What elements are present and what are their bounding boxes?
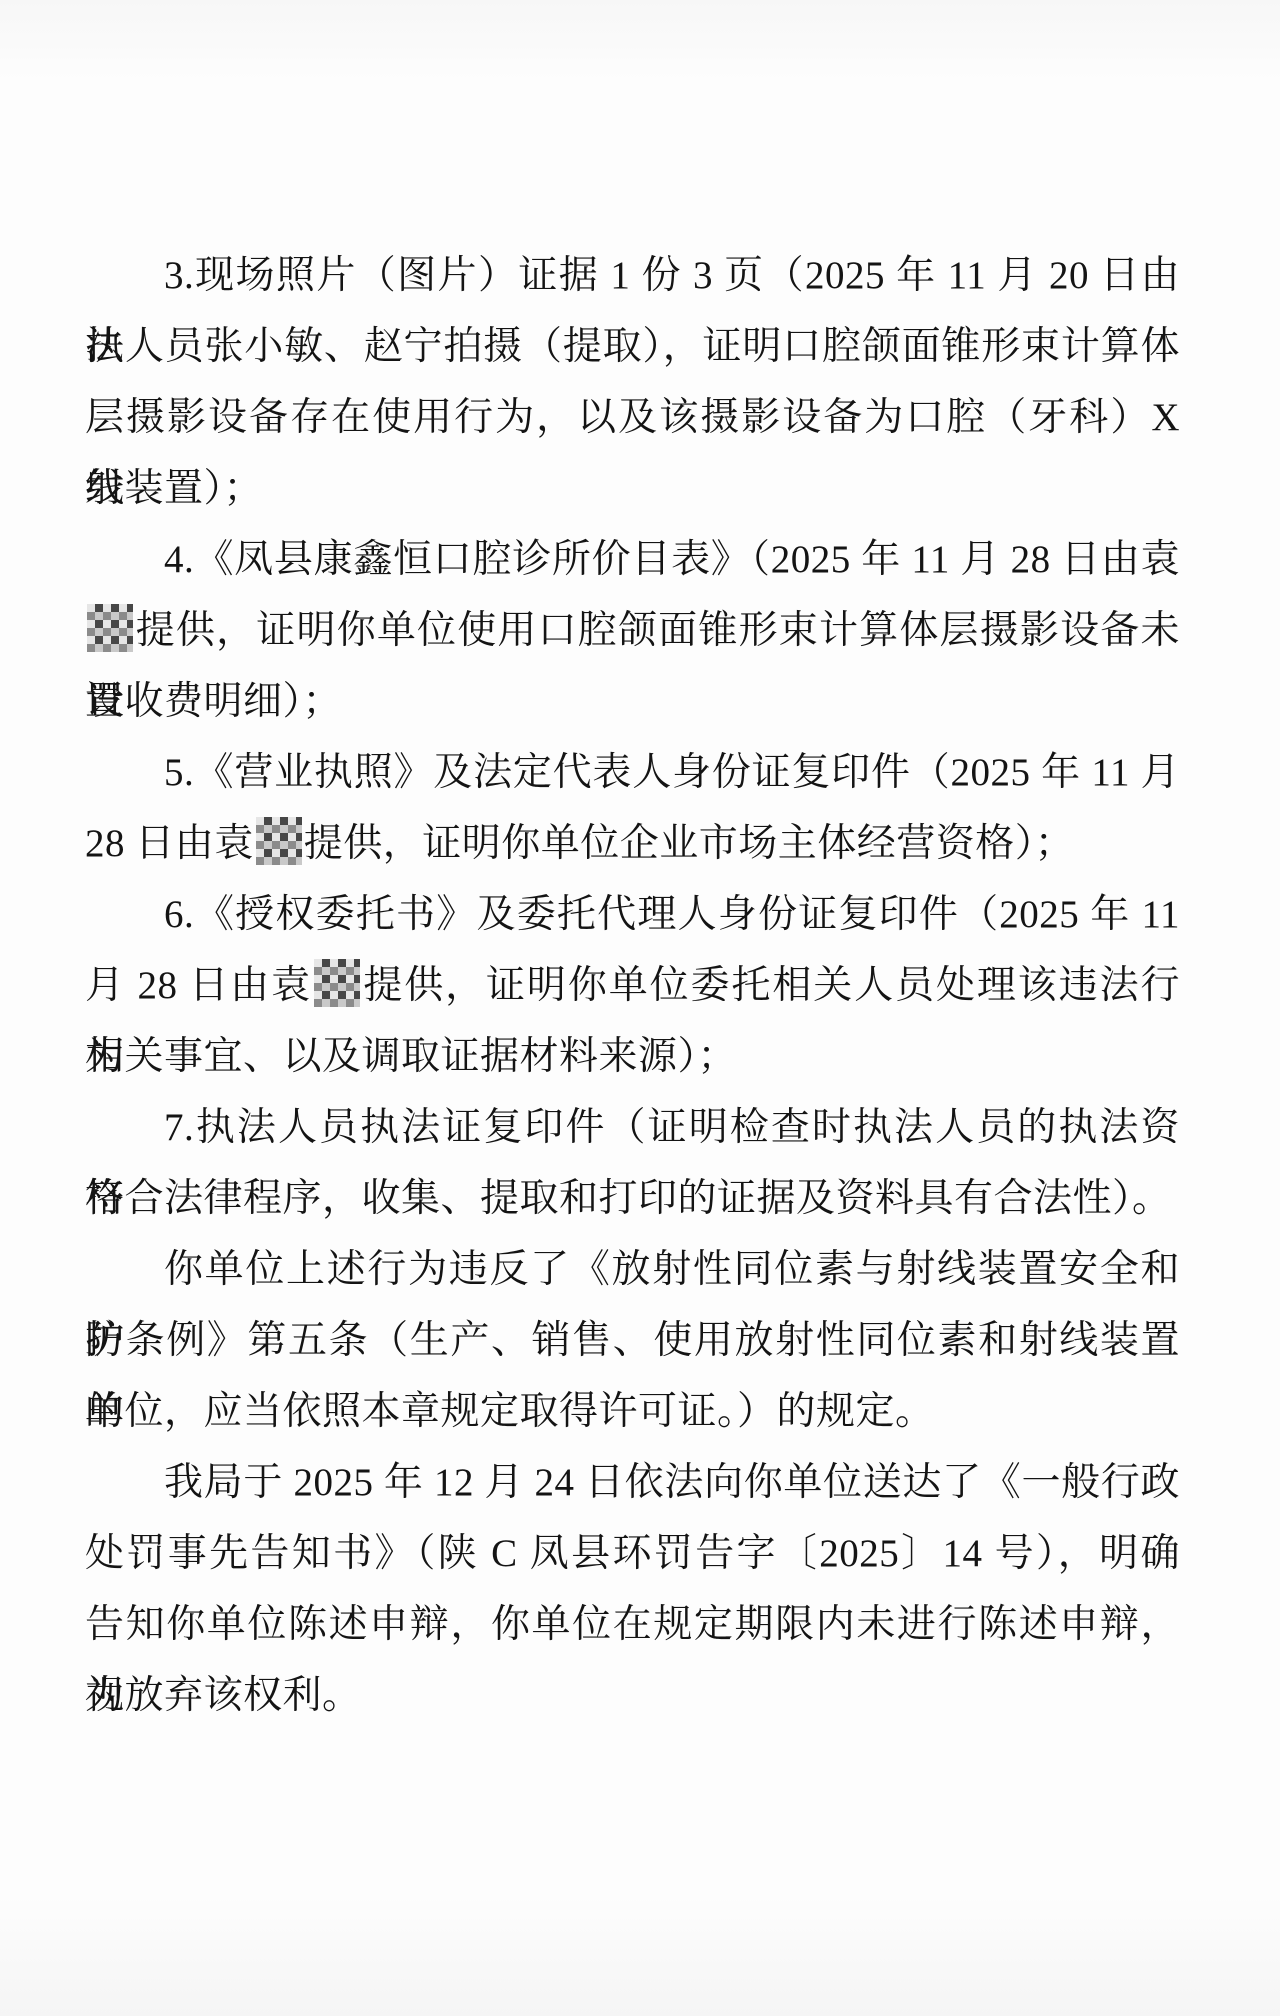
text-segment: 6.《授权委托书》及委托代理人身份证复印件（2025 年 11	[164, 893, 1180, 936]
document-line: 符合法律程序，收集、提取和打印的证据及资料具有合法性）。	[85, 1163, 1180, 1234]
document-line: 4.《凤县康鑫恒口腔诊所价目表》（2025 年 11 月 28 日由袁	[85, 524, 1180, 595]
document-line: 7.执法人员执法证复印件（证明检查时执法人员的执法资格	[85, 1092, 1180, 1163]
text-segment: 单位，应当依照本章规定取得许可证。）的规定。	[85, 1390, 935, 1433]
text-segment: 处罚事先告知书》（陕 C 凤县环罚告字〔2025〕14 号），明确	[85, 1532, 1180, 1575]
document-line: 层摄影设备存在使用行为，以及该摄影设备为口腔（牙科）X 射	[85, 382, 1180, 453]
document-line: 6.《授权委托书》及委托代理人身份证复印件（2025 年 11	[85, 879, 1180, 950]
document-line: 5.《营业执照》及法定代表人身份证复印件（2025 年 11 月	[85, 737, 1180, 808]
redacted-name-mosaic	[314, 959, 360, 1007]
document-line: 护条例》第五条（生产、销售、使用放射性同位素和射线装置的	[85, 1305, 1180, 1376]
document-line: 单位，应当依照本章规定取得许可证。）的规定。	[85, 1376, 1180, 1447]
redacted-name-mosaic	[256, 817, 302, 865]
document-line: 我局于 2025 年 12 月 24 日依法向你单位送达了《一般行政	[85, 1447, 1180, 1518]
text-segment: 线装置）；	[85, 467, 263, 510]
document-line: 告知你单位陈述申辩，你单位在规定期限内未进行陈述申辩，视	[85, 1589, 1180, 1660]
document-line: 提供，证明你单位使用口腔颌面锥形束计算体层摄影设备未设	[85, 595, 1180, 666]
document-line: 3.现场照片（图片）证据 1 份 3 页（2025 年 11 月 20 日由执	[85, 240, 1180, 311]
text-segment: 我局于 2025 年 12 月 24 日依法向你单位送达了《一般行政	[164, 1461, 1180, 1504]
document-line: 处罚事先告知书》（陕 C 凤县环罚告字〔2025〕14 号），明确	[85, 1518, 1180, 1589]
document-line: 为放弃该权利。	[85, 1660, 1180, 1731]
text-segment: 28 日由袁	[85, 822, 254, 865]
text-segment: 月 28 日由袁	[85, 964, 312, 1007]
text-segment: 5.《营业执照》及法定代表人身份证复印件（2025 年 11 月	[164, 751, 1180, 794]
text-segment: 置收费明细）；	[85, 680, 342, 723]
document-text-block: 3.现场照片（图片）证据 1 份 3 页（2025 年 11 月 20 日由执法…	[85, 240, 1180, 1731]
text-segment: 4.《凤县康鑫恒口腔诊所价目表》（2025 年 11 月 28 日由袁	[164, 538, 1180, 581]
text-segment: 为放弃该权利。	[85, 1674, 362, 1717]
document-line: 28 日由袁提供，证明你单位企业市场主体经营资格）；	[85, 808, 1180, 879]
redacted-name-mosaic	[87, 604, 133, 652]
document-page: 3.现场照片（图片）证据 1 份 3 页（2025 年 11 月 20 日由执法…	[0, 0, 1280, 2016]
document-line: 相关事宜、以及调取证据材料来源）；	[85, 1021, 1180, 1092]
document-line: 置收费明细）；	[85, 666, 1180, 737]
text-segment: 符合法律程序，收集、提取和打印的证据及资料具有合法性）。	[85, 1177, 1172, 1220]
document-line: 线装置）；	[85, 453, 1180, 524]
text-segment: 相关事宜、以及调取证据材料来源）；	[85, 1035, 737, 1078]
text-segment: 法人员张小敏、赵宁拍摄（提取），证明口腔颌面锥形束计算体	[85, 325, 1180, 368]
document-line: 月 28 日由袁提供，证明你单位委托相关人员处理该违法行为	[85, 950, 1180, 1021]
document-line: 法人员张小敏、赵宁拍摄（提取），证明口腔颌面锥形束计算体	[85, 311, 1180, 382]
text-segment: 提供，证明你单位企业市场主体经营资格）；	[304, 822, 1075, 865]
document-line: 你单位上述行为违反了《放射性同位素与射线装置安全和防	[85, 1234, 1180, 1305]
